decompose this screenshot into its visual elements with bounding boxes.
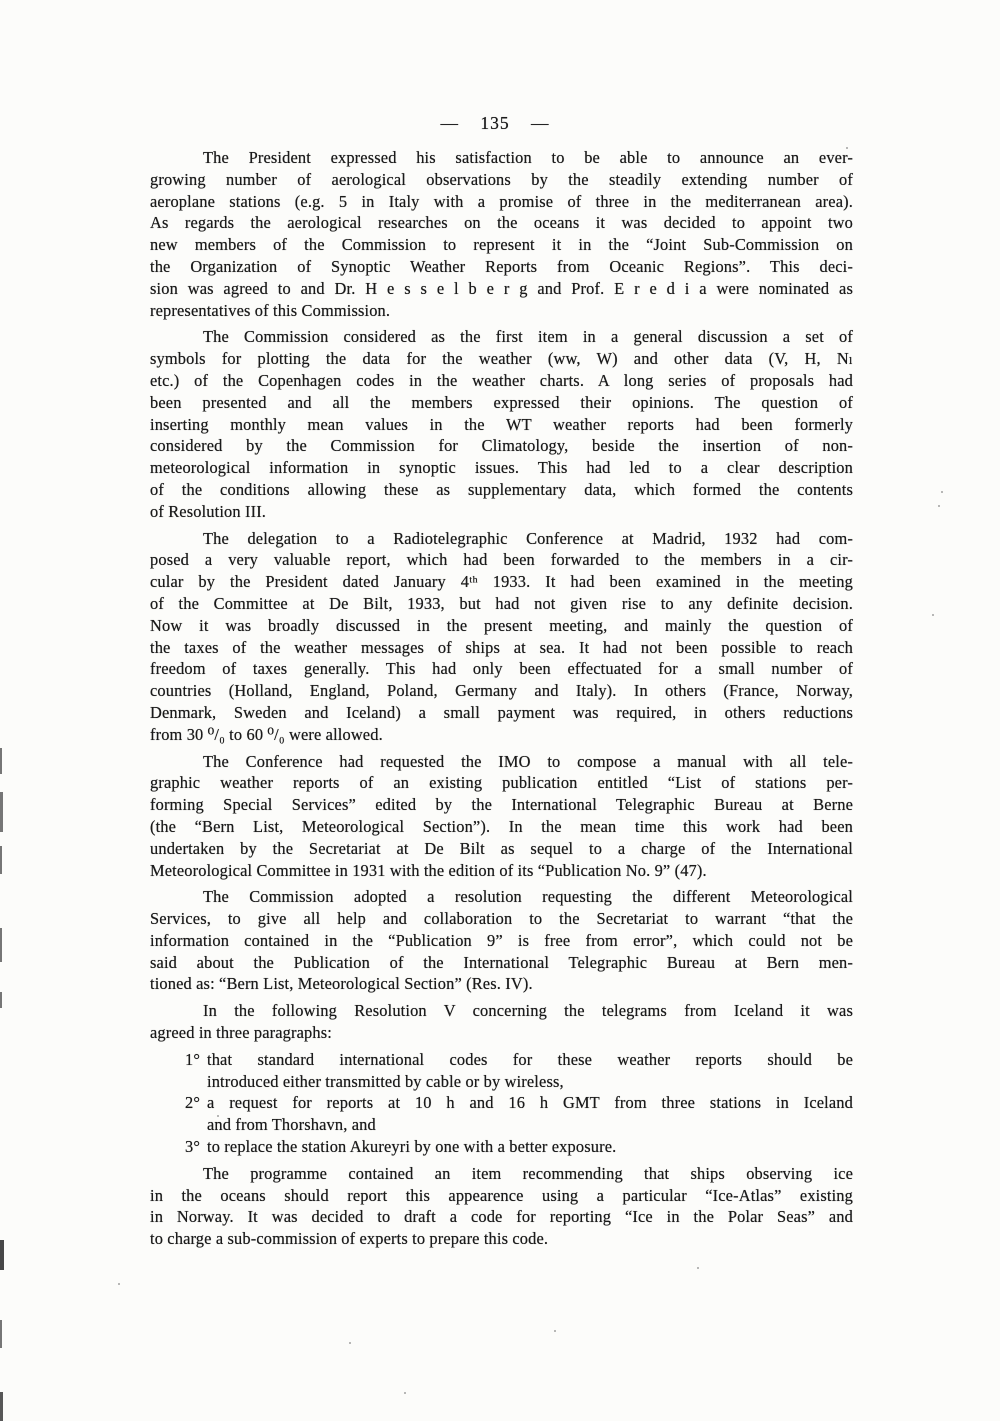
text-line: The Commission considered as the first i… — [150, 326, 853, 348]
text-line: sion was agreed to and Dr. H e s s e l b… — [150, 278, 853, 300]
text-line: said about the Publication of the Intern… — [150, 952, 853, 974]
text-line: of the Committee at De Bilt, 1933, but h… — [150, 593, 853, 615]
scan-edge-mark — [0, 1320, 2, 1348]
text-line: The programme contained an item recommen… — [150, 1163, 853, 1185]
text-line: representatives of this Commission. — [150, 300, 853, 322]
scan-speck — [938, 505, 940, 507]
text-line: new members of the Commission to represe… — [150, 234, 853, 256]
document-page: — 135 — The President expressed his sati… — [0, 0, 1000, 1421]
text-line: a request for reports at 10 h and 16 h G… — [207, 1092, 853, 1114]
scan-speck — [349, 1342, 351, 1344]
list-item: 3°to replace the station Akureyri by one… — [150, 1136, 853, 1158]
text-line: forming Special Services” edited by the … — [150, 794, 853, 816]
text-line: information contained in the “Publicatio… — [150, 930, 853, 952]
scan-speck — [217, 1115, 219, 1117]
scan-speck — [404, 1392, 406, 1394]
scan-speck — [846, 147, 848, 149]
text-line: the Organization of Synoptic Weather Rep… — [150, 256, 853, 278]
scan-speck — [941, 491, 943, 493]
scan-speck — [554, 1330, 556, 1332]
text-line: tioned as: “Bern List, Meteorological Se… — [150, 973, 853, 995]
page-number: — 135 — — [150, 113, 840, 134]
list-item-marker: 3° — [185, 1136, 200, 1158]
paragraph: The Conference had requested the IMO to … — [150, 751, 853, 882]
text-line: symbols for plotting the data for the we… — [150, 348, 853, 370]
text-line: etc.) of the Copenhagen codes in the wea… — [150, 370, 853, 392]
text-line: introduced either transmitted by cable o… — [207, 1071, 853, 1093]
scan-edge-mark — [0, 1240, 4, 1270]
scan-edge-mark — [0, 992, 2, 1008]
text-line: in Norway. It was decided to draft a cod… — [150, 1206, 853, 1228]
list-item: 2°a request for reports at 10 h and 16 h… — [150, 1092, 853, 1136]
text-line: undertaken by the Secretariat at De Bilt… — [150, 838, 853, 860]
paragraph: The programme contained an item recommen… — [150, 1163, 853, 1250]
text-line: The Conference had requested the IMO to … — [150, 751, 853, 773]
scan-speck — [118, 1283, 120, 1285]
text-line: Services, to give all help and collabora… — [150, 908, 853, 930]
scan-speck — [932, 614, 934, 616]
scan-speck — [697, 1267, 699, 1269]
scan-edge-mark — [0, 846, 2, 874]
text-line: meteorological information in synoptic i… — [150, 457, 853, 479]
text-line: agreed in three paragraphs: — [150, 1022, 853, 1044]
page-body: The President expressed his satisfaction… — [150, 147, 853, 1250]
text-line: aeroplane stations (e.g. 5 in Italy with… — [150, 191, 853, 213]
paragraph: The Commission considered as the first i… — [150, 326, 853, 522]
text-line: growing number of aerological observatio… — [150, 169, 853, 191]
text-line: Meteorological Committee in 1931 with th… — [150, 860, 853, 882]
text-line: (the “Bern List, Meteorological Section”… — [150, 816, 853, 838]
text-line: considered by the Commission for Climato… — [150, 435, 853, 457]
scan-edge-mark — [0, 928, 2, 962]
text-line: been presented and all the members expre… — [150, 392, 853, 414]
scan-edge-mark — [0, 1392, 3, 1421]
text-line: from 30 ⁰/₀ to 60 ⁰/₀ were allowed. — [150, 724, 853, 746]
text-line: As regards the aerological researches on… — [150, 212, 853, 234]
text-line: The delegation to a Radiotelegraphic Con… — [150, 528, 853, 550]
text-line: of Resolution III. — [150, 501, 853, 523]
text-line: cular by the President dated January 4ᵗʰ… — [150, 571, 853, 593]
text-line: In the following Resolution V concerning… — [150, 1000, 853, 1022]
list-item-marker: 1° — [185, 1049, 200, 1071]
paragraph: The President expressed his satisfaction… — [150, 147, 853, 321]
text-line: graphic weather reports of an existing p… — [150, 772, 853, 794]
text-line: in the oceans should report this appeare… — [150, 1185, 853, 1207]
text-line: the taxes of the weather messages of shi… — [150, 637, 853, 659]
text-line: Denmark, Sweden and Iceland) a small pay… — [150, 702, 853, 724]
text-line: posed a very valuable report, which had … — [150, 549, 853, 571]
list-item: 1°that standard international codes for … — [150, 1049, 853, 1093]
text-line: freedom of taxes generally. This had onl… — [150, 658, 853, 680]
paragraph: The Commission adopted a resolution requ… — [150, 886, 853, 995]
text-line: to replace the station Akureyri by one w… — [207, 1136, 853, 1158]
scan-edge-mark — [0, 748, 2, 774]
paragraph: The delegation to a Radiotelegraphic Con… — [150, 528, 853, 746]
text-line: that standard international codes for th… — [207, 1049, 853, 1071]
list-item-marker: 2° — [185, 1092, 200, 1114]
text-line: The President expressed his satisfaction… — [150, 147, 853, 169]
text-line: inserting monthly mean values in the WT … — [150, 414, 853, 436]
text-line: of the conditions allowing these as supp… — [150, 479, 853, 501]
paragraph: In the following Resolution V concerning… — [150, 1000, 853, 1044]
text-line: and from Thorshavn, and — [207, 1114, 853, 1136]
text-line: The Commission adopted a resolution requ… — [150, 886, 853, 908]
text-line: Now it was broadly discussed in the pres… — [150, 615, 853, 637]
text-line: to charge a sub-commission of experts to… — [150, 1228, 853, 1250]
text-line: countries (Holland, England, Poland, Ger… — [150, 680, 853, 702]
scan-edge-mark — [0, 792, 3, 832]
